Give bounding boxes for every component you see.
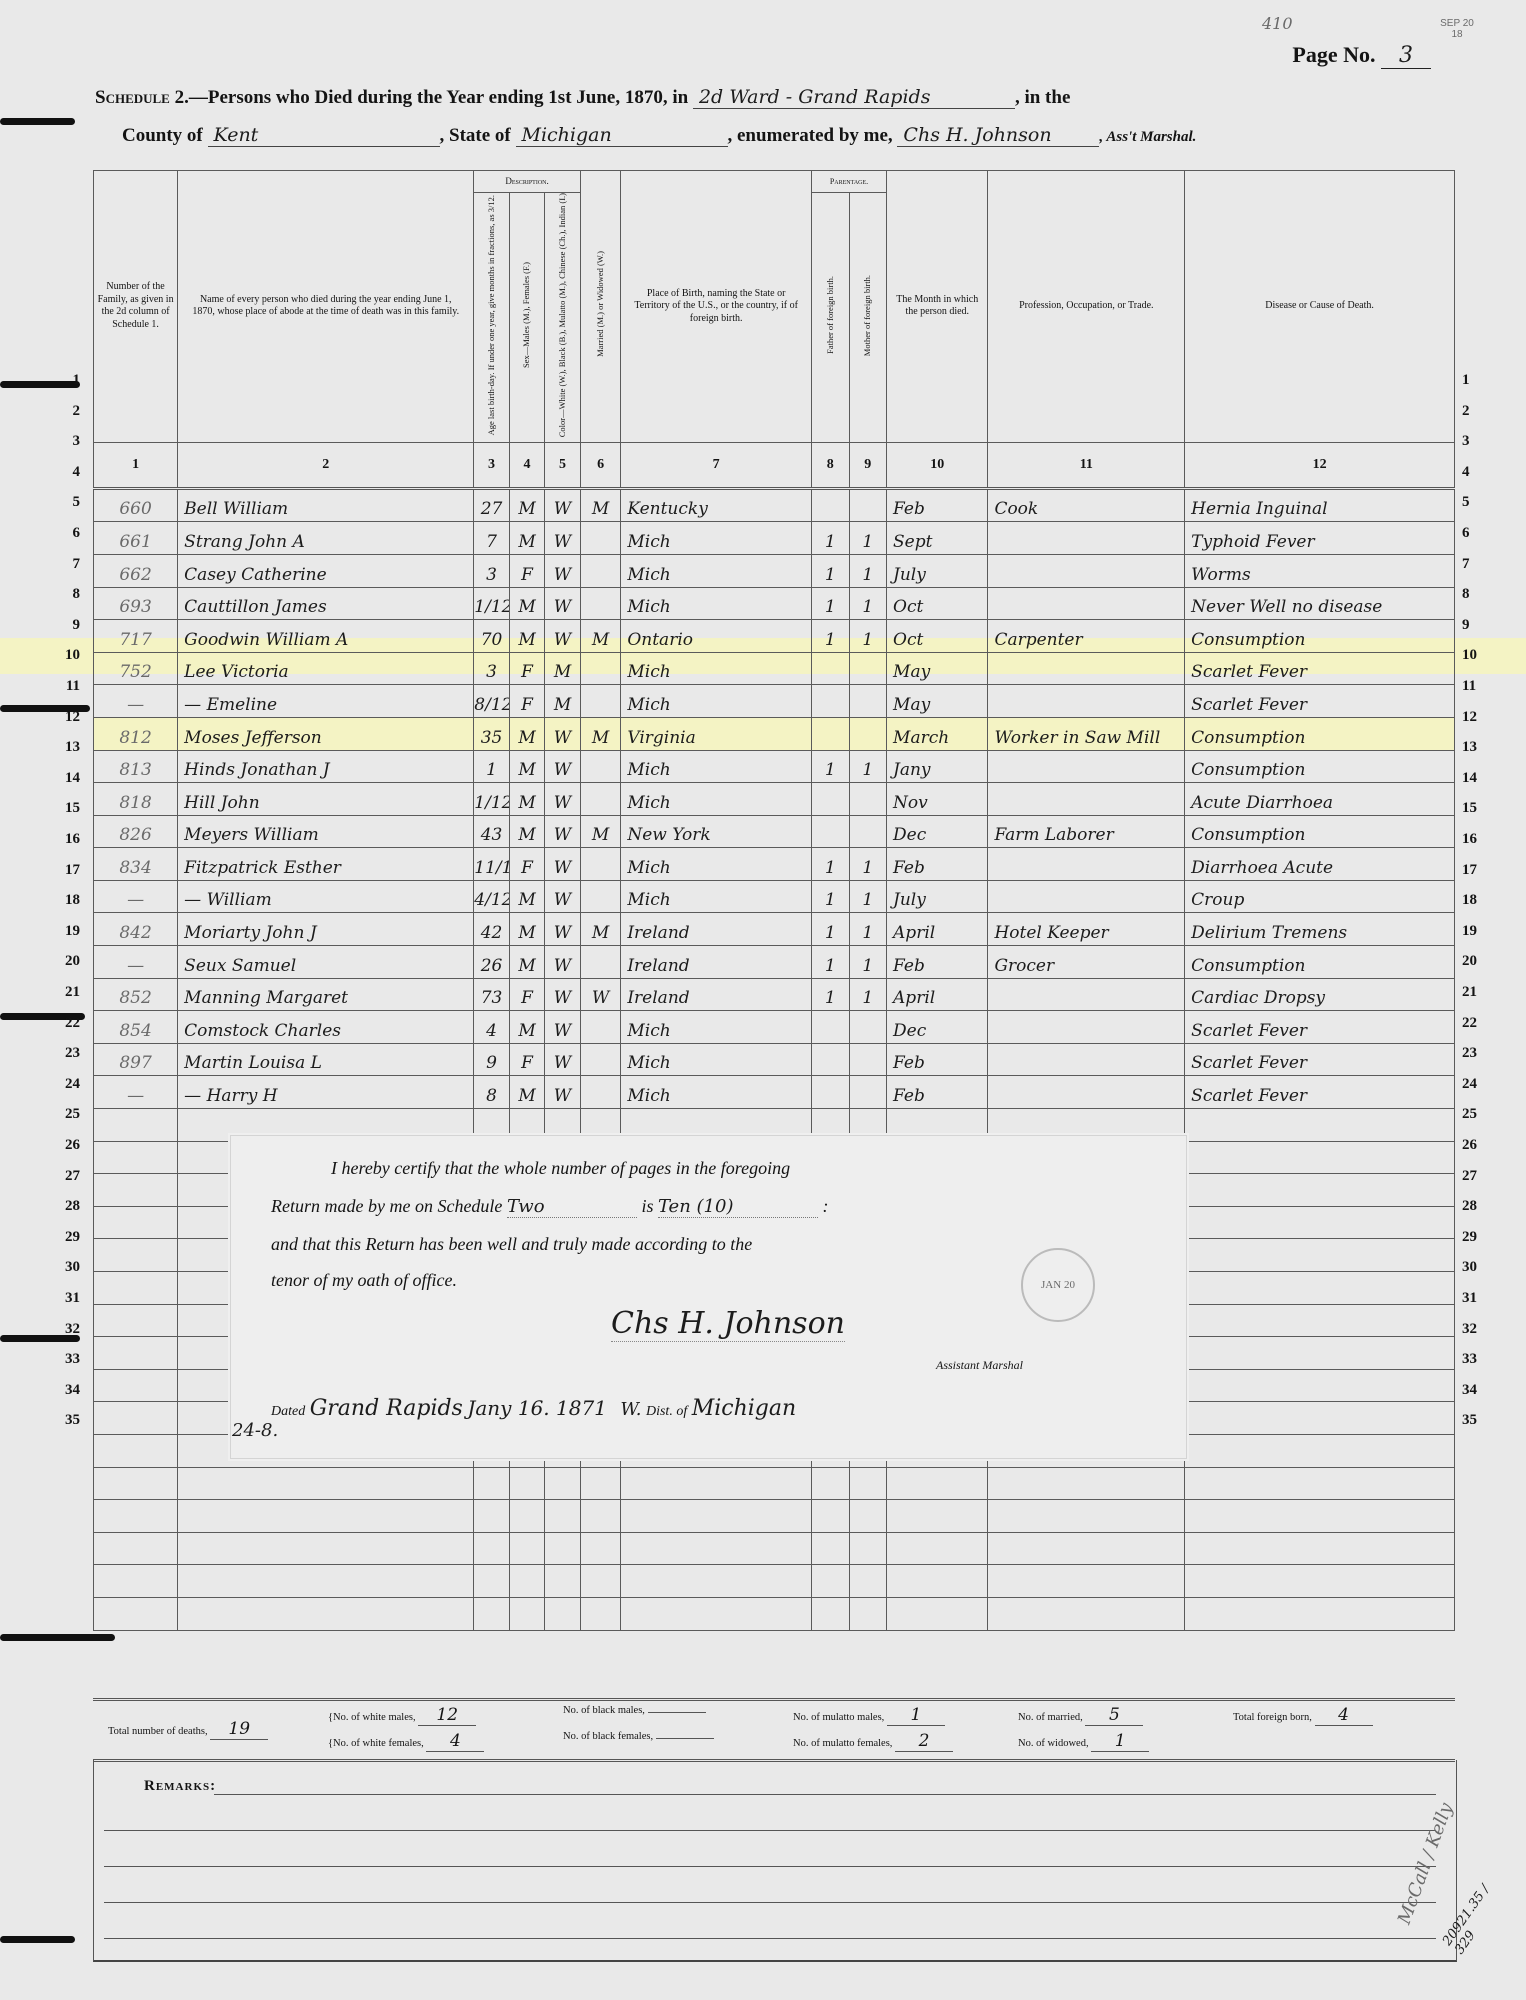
table-row: 897Martin Louisa L9FWMichFebScarlet Feve… xyxy=(94,1043,1455,1076)
row-number-right: 34 xyxy=(1462,1382,1502,1399)
sex-cell: M xyxy=(509,620,544,653)
color-cell: W xyxy=(545,946,581,979)
table-row: 834Fitzpatrick Esther11/12FWMich11FebDia… xyxy=(94,848,1455,881)
header-name: Name of every person who died during the… xyxy=(178,171,474,443)
color-cell: W xyxy=(545,1043,581,1076)
row-number-left: 15 xyxy=(0,800,80,817)
sex-cell: M xyxy=(509,815,544,848)
black-males: No. of black males, xyxy=(563,1705,706,1716)
birthplace-cell: Mich xyxy=(621,554,812,587)
sex-cell: M xyxy=(509,913,544,946)
age-cell: 8/12 xyxy=(474,685,509,718)
column-number: 4 xyxy=(509,442,544,488)
name-cell: Fitzpatrick Esther xyxy=(178,848,474,881)
age-cell: 73 xyxy=(474,978,509,1011)
empty-table-row xyxy=(94,1467,1455,1500)
family-number-cell: — xyxy=(94,946,178,979)
sex-cell: M xyxy=(509,1076,544,1109)
table-row: 812Moses Jefferson35MWMVirginiaMarchWork… xyxy=(94,717,1455,750)
family-number-cell: 662 xyxy=(94,554,178,587)
row-number-right: 29 xyxy=(1462,1229,1502,1246)
column-number: 10 xyxy=(887,442,988,488)
age-cell: 7 xyxy=(474,522,509,555)
row-number-left: 30 xyxy=(0,1259,80,1276)
table-row: —— Emeline8/12FMMichMayScarlet Fever xyxy=(94,685,1455,718)
binder-mark xyxy=(0,118,75,125)
mother-foreign-cell: 1 xyxy=(849,880,887,913)
color-cell: M xyxy=(545,685,581,718)
married-cell xyxy=(580,1076,621,1109)
sex-cell: F xyxy=(509,685,544,718)
row-number-right: 7 xyxy=(1462,556,1502,573)
schedule-title: Schedule 2.—Persons who Died during the … xyxy=(95,86,1070,109)
row-number-left: 35 xyxy=(0,1412,80,1429)
married-cell xyxy=(580,783,621,816)
row-number-left: 24 xyxy=(0,1076,80,1093)
row-number-left: 2 xyxy=(0,403,80,420)
table-row: —— William4/12MWMich11JulyCroup xyxy=(94,880,1455,913)
mother-foreign-cell xyxy=(849,783,887,816)
remarks-section: Remarks: McCall / Kelly xyxy=(93,1760,1457,1962)
color-cell: W xyxy=(545,488,581,522)
age-cell: 1 xyxy=(474,750,509,783)
name-cell: — Harry H xyxy=(178,1076,474,1109)
schedule-number-field: Two xyxy=(507,1196,637,1218)
row-number-left: 13 xyxy=(0,739,80,756)
name-cell: Moses Jefferson xyxy=(178,717,474,750)
mother-foreign-cell: 1 xyxy=(849,848,887,881)
page-number-value: 3 xyxy=(1381,43,1431,69)
county-line: County of Kent, State of Michigan, enume… xyxy=(122,124,1196,147)
table-row: 693Cauttillon James1/12MWMich11OctNever … xyxy=(94,587,1455,620)
occupation-cell xyxy=(988,848,1185,881)
sex-cell: M xyxy=(509,587,544,620)
name-cell: Hinds Jonathan J xyxy=(178,750,474,783)
header-cause: Disease or Cause of Death. xyxy=(1185,171,1455,443)
family-number-cell: 842 xyxy=(94,913,178,946)
family-number-cell: 812 xyxy=(94,717,178,750)
column-number: 2 xyxy=(178,442,474,488)
empty-table-row xyxy=(94,1532,1455,1565)
header-age: Age last birth-day. If under one year, g… xyxy=(474,193,509,443)
certificate-card: I hereby certify that the whole number o… xyxy=(230,1135,1187,1459)
header-family-number: Number of the Family, as given in the 2d… xyxy=(94,171,178,443)
married-cell xyxy=(580,522,621,555)
occupation-cell xyxy=(988,1011,1185,1044)
family-number-cell: 752 xyxy=(94,652,178,685)
row-number-left: 17 xyxy=(0,862,80,879)
month-cell: March xyxy=(887,717,988,750)
mother-foreign-cell: 1 xyxy=(849,554,887,587)
totals-section: Total number of deaths, 19 {No. of white… xyxy=(93,1698,1455,1762)
married-cell xyxy=(580,652,621,685)
cause-cell: Scarlet Fever xyxy=(1185,1076,1455,1109)
row-number-right: 1 xyxy=(1462,372,1502,389)
married-cell xyxy=(580,848,621,881)
mother-foreign-cell xyxy=(849,815,887,848)
certificate-schedule-label: Return made by me on Schedule xyxy=(271,1196,502,1216)
row-number-right: 33 xyxy=(1462,1351,1502,1368)
table-row: 854Comstock Charles4MWMichDecScarlet Fev… xyxy=(94,1011,1455,1044)
mother-foreign-cell: 1 xyxy=(849,946,887,979)
family-number-cell: 818 xyxy=(94,783,178,816)
row-number-left: 23 xyxy=(0,1045,80,1062)
column-number: 7 xyxy=(621,442,812,488)
family-number-cell: 854 xyxy=(94,1011,178,1044)
family-number-cell: — xyxy=(94,685,178,718)
widowed-count: No. of widowed, 1 xyxy=(1018,1731,1149,1752)
row-number-right: 13 xyxy=(1462,739,1502,756)
cause-cell: Scarlet Fever xyxy=(1185,685,1455,718)
row-number-right: 14 xyxy=(1462,770,1502,787)
table-row: —Seux Samuel26MWIreland11FebGrocerConsum… xyxy=(94,946,1455,979)
occupation-cell: Hotel Keeper xyxy=(988,913,1185,946)
row-number-right: 20 xyxy=(1462,953,1502,970)
birthplace-cell: Mich xyxy=(621,848,812,881)
month-cell: Feb xyxy=(887,848,988,881)
month-cell: July xyxy=(887,880,988,913)
total-deaths: Total number of deaths, 19 xyxy=(108,1719,268,1740)
father-foreign-cell xyxy=(812,1011,850,1044)
name-cell: Hill John xyxy=(178,783,474,816)
age-cell: 11/12 xyxy=(474,848,509,881)
state-label: , State of xyxy=(440,125,511,146)
sex-cell: M xyxy=(509,488,544,522)
row-number-right: 9 xyxy=(1462,617,1502,634)
page-count-field: Ten (10) xyxy=(658,1196,818,1218)
family-number-cell: 897 xyxy=(94,1043,178,1076)
row-number-left: 11 xyxy=(0,678,80,695)
color-cell: W xyxy=(545,848,581,881)
month-cell: May xyxy=(887,652,988,685)
married-cell: M xyxy=(580,815,621,848)
row-number-right: 19 xyxy=(1462,923,1502,940)
column-number: 9 xyxy=(849,442,887,488)
cause-cell: Consumption xyxy=(1185,815,1455,848)
schedule-title-text: —Persons who Died during the Year ending… xyxy=(189,87,688,108)
mulatto-females-value: 2 xyxy=(895,1731,953,1752)
occupation-cell: Carpenter xyxy=(988,620,1185,653)
married-cell xyxy=(580,685,621,718)
row-number-left: 27 xyxy=(0,1168,80,1185)
color-cell: W xyxy=(545,522,581,555)
signature-title: Assistant Marshal xyxy=(936,1358,1023,1373)
birthplace-cell: Kentucky xyxy=(621,488,812,522)
header-description-group: Description. xyxy=(474,171,580,193)
county-label: County of xyxy=(122,125,203,146)
father-foreign-cell xyxy=(812,783,850,816)
color-cell: W xyxy=(545,913,581,946)
month-cell: Jany xyxy=(887,750,988,783)
row-number-left: 25 xyxy=(0,1106,80,1123)
age-cell: 4/12 xyxy=(474,880,509,913)
age-cell: 3 xyxy=(474,652,509,685)
row-number-left: 8 xyxy=(0,586,80,603)
married-cell: M xyxy=(580,488,621,522)
birthplace-cell: Ontario xyxy=(621,620,812,653)
month-cell: Feb xyxy=(887,1043,988,1076)
district-label: Dist. of xyxy=(646,1404,687,1419)
family-number-cell: — xyxy=(94,880,178,913)
birthplace-cell: Mich xyxy=(621,652,812,685)
marshal-label: , Ass't Marshal. xyxy=(1099,129,1196,145)
row-number-right: 26 xyxy=(1462,1137,1502,1154)
row-number-right: 25 xyxy=(1462,1106,1502,1123)
color-cell: W xyxy=(545,750,581,783)
married-cell xyxy=(580,1011,621,1044)
row-number-left: 34 xyxy=(0,1382,80,1399)
column-number: 11 xyxy=(988,442,1185,488)
mother-foreign-cell: 1 xyxy=(849,620,887,653)
age-cell: 1/12 xyxy=(474,587,509,620)
occupation-cell xyxy=(988,652,1185,685)
sex-cell: M xyxy=(509,880,544,913)
father-foreign-cell xyxy=(812,685,850,718)
married-cell xyxy=(580,1043,621,1076)
family-number-cell: 813 xyxy=(94,750,178,783)
row-number-left: 16 xyxy=(0,831,80,848)
occupation-cell: Cook xyxy=(988,488,1185,522)
father-foreign-cell: 1 xyxy=(812,522,850,555)
header-month: The Month in which the person died. xyxy=(887,171,988,443)
color-cell: M xyxy=(545,652,581,685)
occupation-cell: Farm Laborer xyxy=(988,815,1185,848)
month-cell: July xyxy=(887,554,988,587)
sex-cell: M xyxy=(509,946,544,979)
table-row: 826Meyers William43MWMNew YorkDecFarm La… xyxy=(94,815,1455,848)
color-cell: W xyxy=(545,587,581,620)
father-foreign-cell xyxy=(812,488,850,522)
cause-cell: Consumption xyxy=(1185,717,1455,750)
name-cell: Martin Louisa L xyxy=(178,1043,474,1076)
received-stamp: JAN 20 xyxy=(1021,1248,1095,1322)
remarks-line xyxy=(104,1938,1436,1939)
table-row: 660Bell William27MWMKentuckyFebCookHerni… xyxy=(94,488,1455,522)
black-females: No. of black females, xyxy=(563,1731,714,1742)
name-cell: Casey Catherine xyxy=(178,554,474,587)
sex-cell: M xyxy=(509,717,544,750)
family-number-cell: 693 xyxy=(94,587,178,620)
column-numbers-row: 1 2 3 4 5 6 7 8 9 10 11 12 xyxy=(94,442,1455,488)
family-number-cell: 834 xyxy=(94,848,178,881)
binder-mark xyxy=(0,1936,75,1943)
row-number-right: 28 xyxy=(1462,1198,1502,1215)
occupation-cell xyxy=(988,750,1185,783)
table-row: —— Harry H8MWMichFebScarlet Fever xyxy=(94,1076,1455,1109)
sex-cell: F xyxy=(509,978,544,1011)
row-number-left: 14 xyxy=(0,770,80,787)
black-females-value xyxy=(656,1738,714,1739)
birthplace-cell: Ireland xyxy=(621,978,812,1011)
row-number-left: 5 xyxy=(0,494,80,511)
name-cell: Seux Samuel xyxy=(178,946,474,979)
age-cell: 8 xyxy=(474,1076,509,1109)
mulatto-females: No. of mulatto females, 2 xyxy=(793,1731,953,1752)
row-number-right: 30 xyxy=(1462,1259,1502,1276)
cause-cell: Never Well no disease xyxy=(1185,587,1455,620)
page-number-label: Page No. xyxy=(1292,42,1375,67)
black-males-value xyxy=(648,1712,706,1713)
sex-cell: M xyxy=(509,783,544,816)
color-cell: W xyxy=(545,554,581,587)
age-cell: 27 xyxy=(474,488,509,522)
row-number-right: 6 xyxy=(1462,525,1502,542)
occupation-cell xyxy=(988,978,1185,1011)
cause-cell: Delirium Tremens xyxy=(1185,913,1455,946)
column-number: 5 xyxy=(545,442,581,488)
month-cell: May xyxy=(887,685,988,718)
row-number-right: 31 xyxy=(1462,1290,1502,1307)
color-cell: W xyxy=(545,978,581,1011)
mother-foreign-cell: 1 xyxy=(849,978,887,1011)
name-cell: Comstock Charles xyxy=(178,1011,474,1044)
month-cell: Nov xyxy=(887,783,988,816)
age-cell: 9 xyxy=(474,1043,509,1076)
month-cell: April xyxy=(887,978,988,1011)
row-number-right: 16 xyxy=(1462,831,1502,848)
row-number-left: 18 xyxy=(0,892,80,909)
mother-foreign-cell: 1 xyxy=(849,913,887,946)
row-number-right: 17 xyxy=(1462,862,1502,879)
enumerated-label: , enumerated by me, xyxy=(728,125,893,146)
occupation-cell xyxy=(988,1043,1185,1076)
row-number-right: 10 xyxy=(1462,647,1502,664)
occupation-cell: Worker in Saw Mill xyxy=(988,717,1185,750)
sex-cell: M xyxy=(509,522,544,555)
row-number-left: 33 xyxy=(0,1351,80,1368)
family-number-cell: 661 xyxy=(94,522,178,555)
district-prefix: W. xyxy=(620,1399,641,1420)
table-row: 813Hinds Jonathan J1MWMich11JanyConsumpt… xyxy=(94,750,1455,783)
cause-cell: Scarlet Fever xyxy=(1185,1043,1455,1076)
header-married: Married (M.) or Widowed (W.) xyxy=(580,171,621,443)
header-sex: Sex—Males (M.), Females (F.) xyxy=(509,193,544,443)
birthplace-cell: Mich xyxy=(621,587,812,620)
column-number: 1 xyxy=(94,442,178,488)
empty-table-row xyxy=(94,1500,1455,1533)
row-number-left: 31 xyxy=(0,1290,80,1307)
row-number-right: 4 xyxy=(1462,464,1502,481)
column-number: 12 xyxy=(1185,442,1455,488)
birthplace-cell: Virginia xyxy=(621,717,812,750)
cause-cell: Scarlet Fever xyxy=(1185,652,1455,685)
row-number-left: 29 xyxy=(0,1229,80,1246)
remarks-line xyxy=(214,1794,1436,1795)
color-cell: W xyxy=(545,717,581,750)
occupation-cell xyxy=(988,1076,1185,1109)
sex-cell: F xyxy=(509,848,544,881)
color-cell: W xyxy=(545,815,581,848)
assistant-marshal-signature: Chs H. Johnson xyxy=(611,1306,845,1342)
age-cell: 26 xyxy=(474,946,509,979)
cause-cell: Worms xyxy=(1185,554,1455,587)
row-number-left: 6 xyxy=(0,525,80,542)
birthplace-cell: Mich xyxy=(621,750,812,783)
name-cell: Goodwin William A xyxy=(178,620,474,653)
birthplace-cell: Mich xyxy=(621,1076,812,1109)
month-cell: Dec xyxy=(887,815,988,848)
married-cell: M xyxy=(580,717,621,750)
married-cell: W xyxy=(580,978,621,1011)
schedule-label: Schedule 2. xyxy=(95,87,189,108)
father-foreign-cell: 1 xyxy=(812,587,850,620)
row-number-right: 23 xyxy=(1462,1045,1502,1062)
month-cell: April xyxy=(887,913,988,946)
cause-cell: Cardiac Dropsy xyxy=(1185,978,1455,1011)
column-number: 6 xyxy=(580,442,621,488)
row-number-right: 5 xyxy=(1462,494,1502,511)
table-row: 752Lee Victoria3FMMichMayScarlet Fever xyxy=(94,652,1455,685)
cause-cell: Consumption xyxy=(1185,946,1455,979)
birthplace-cell: Mich xyxy=(621,1043,812,1076)
name-cell: Lee Victoria xyxy=(178,652,474,685)
month-cell: Dec xyxy=(887,1011,988,1044)
cause-cell: Diarrhoea Acute xyxy=(1185,848,1455,881)
mother-foreign-cell xyxy=(849,488,887,522)
color-cell: W xyxy=(545,880,581,913)
column-number: 3 xyxy=(474,442,509,488)
white-males-value: 12 xyxy=(418,1705,476,1726)
cause-cell: Scarlet Fever xyxy=(1185,1011,1455,1044)
occupation-cell xyxy=(988,685,1185,718)
row-number-left: 28 xyxy=(0,1198,80,1215)
married-cell: M xyxy=(580,913,621,946)
foreign-born: Total foreign born, 4 xyxy=(1233,1705,1373,1726)
row-number-left: 3 xyxy=(0,433,80,450)
age-cell: 4 xyxy=(474,1011,509,1044)
foreign-born-value: 4 xyxy=(1315,1705,1373,1726)
table-row: 842Moriarty John J42MWMIreland11AprilHot… xyxy=(94,913,1455,946)
birthplace-cell: New York xyxy=(621,815,812,848)
name-cell: Cauttillon James xyxy=(178,587,474,620)
father-foreign-cell: 1 xyxy=(812,554,850,587)
family-number-cell: 826 xyxy=(94,815,178,848)
birthplace-cell: Ireland xyxy=(621,946,812,979)
row-number-left: 19 xyxy=(0,923,80,940)
sex-cell: M xyxy=(509,750,544,783)
age-cell: 35 xyxy=(474,717,509,750)
row-number-right: 24 xyxy=(1462,1076,1502,1093)
color-cell: W xyxy=(545,783,581,816)
remarks-line xyxy=(104,1830,1436,1831)
county-field: Kent xyxy=(208,124,440,147)
married-cell xyxy=(580,750,621,783)
header-occupation: Profession, Occupation, or Trade. xyxy=(988,171,1185,443)
location-field: 2d Ward - Grand Rapids xyxy=(693,86,1015,109)
father-foreign-cell: 1 xyxy=(812,946,850,979)
row-number-left: 10 xyxy=(0,647,80,664)
row-number-left: 7 xyxy=(0,556,80,573)
row-number-left: 4 xyxy=(0,464,80,481)
margin-note: 24-8. xyxy=(232,1420,278,1441)
father-foreign-cell xyxy=(812,652,850,685)
header-birthplace: Place of Birth, naming the State or Terr… xyxy=(621,171,812,443)
color-cell: W xyxy=(545,1011,581,1044)
table-row: 818Hill John1/12MWMichNovAcute Diarrhoea xyxy=(94,783,1455,816)
row-number-right: 15 xyxy=(1462,800,1502,817)
name-cell: Bell William xyxy=(178,488,474,522)
remarks-line xyxy=(104,1902,1436,1903)
cause-cell: Typhoid Fever xyxy=(1185,522,1455,555)
occupation-cell xyxy=(988,880,1185,913)
white-females-value: 4 xyxy=(426,1731,484,1752)
father-foreign-cell xyxy=(812,815,850,848)
row-number-left: 21 xyxy=(0,984,80,1001)
row-number-left: 26 xyxy=(0,1137,80,1154)
sex-cell: F xyxy=(509,554,544,587)
header-color: Color—White (W.), Black (B.), Mulatto (M… xyxy=(545,193,581,443)
married-cell xyxy=(580,880,621,913)
